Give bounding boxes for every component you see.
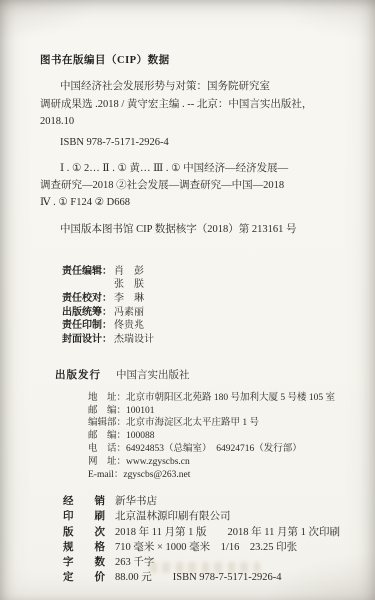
printing-value: 新华书店 [115, 496, 157, 507]
staff-value: 杰瑞设计 [114, 334, 154, 345]
detail-value: 北京市海淀区北太平庄路甲 1 号 [126, 418, 259, 428]
detail-row: 电 话：64924853（总编室） 64924716（发行部） [88, 443, 349, 456]
copyright-page: 图书在版编目（CIP）数据 中国经济社会发展形势与对策：国务院研究室 调研成果选… [0, 0, 375, 600]
printing-value: 263 千字 [115, 557, 154, 568]
detail-label: 地 址： [88, 392, 126, 405]
printing-value: 710 毫米 × 1000 毫米 1/16 23.25 印张 [115, 542, 297, 553]
faint-print-artifact [150, 562, 260, 573]
staff-value: 张 朕 [114, 279, 144, 290]
staff-value: 佟贵兆 [114, 320, 144, 331]
detail-label: 邮 编： [88, 405, 126, 418]
detail-label: 网 址： [88, 456, 126, 469]
cip-registry-number: 中国版本图书馆 CIP 数据核字（2018）第 213161 号 [40, 221, 349, 238]
printing-label: 版 次 [63, 525, 109, 540]
cip-class-line1: Ⅰ . ① 2… Ⅱ . ① 黄… Ⅲ . ① 中国经济—经济发展— [40, 160, 349, 177]
detail-label: E-mail： [88, 469, 123, 482]
printing-label: 印 刷 [63, 509, 109, 524]
staff-value: 肖 彭 [114, 266, 144, 277]
printing-row: 印 刷北京温林源印刷有限公司 [63, 509, 349, 524]
publisher-name: 中国言实出版社 [116, 370, 190, 381]
cip-title-line2: 调研成果选 .2018 / 黄守宏主编 . -- 北京：中国言实出版社， [40, 96, 349, 113]
detail-row: 邮 编：100101 [88, 405, 349, 418]
isbn-line: ISBN 978-7-5171-2926-4 [40, 134, 349, 151]
cip-title-line3: 2018.10 [40, 113, 349, 130]
detail-row: 地 址：北京市朝阳区北苑路 180 号加利大厦 5 号楼 105 室 [88, 392, 349, 405]
staff-credits: 责任编辑：肖 彭 张 朕 责任校对：李 琳 出版统筹：冯素丽 责任印制：佟贵兆 … [62, 265, 349, 347]
staff-value: 冯素丽 [114, 307, 144, 318]
detail-value: 100088 [126, 431, 155, 441]
staff-row: 张 朕 [62, 278, 349, 292]
printing-value: 北京温林源印刷有限公司 [115, 511, 231, 522]
printing-row: 规 格710 毫米 × 1000 毫米 1/16 23.25 印张 [63, 540, 349, 555]
detail-row: 邮 编：100088 [88, 430, 349, 443]
staff-label: 封面设计： [62, 333, 114, 347]
printing-label: 字 数 [63, 555, 109, 570]
staff-label: 责任校对： [62, 292, 114, 306]
detail-row: E-mail：zgyscbs@263.net [88, 469, 349, 482]
publisher-row: 出版发行中国言实出版社 [55, 367, 349, 384]
staff-label: 责任编辑： [62, 265, 114, 279]
detail-label: 电 话： [88, 443, 126, 456]
publisher-details: 地 址：北京市朝阳区北苑路 180 号加利大厦 5 号楼 105 室 邮 编：1… [88, 392, 349, 482]
cip-heading: 图书在版编目（CIP）数据 [40, 52, 349, 69]
staff-row: 责任校对：李 琳 [62, 292, 349, 306]
printing-label: 经 销 [63, 494, 109, 509]
cip-record: 中国经济社会发展形势与对策：国务院研究室 调研成果选 .2018 / 黄守宏主编… [40, 78, 349, 130]
staff-row: 出版统筹：冯素丽 [62, 306, 349, 320]
detail-value: zgyscbs@263.net [123, 470, 190, 480]
cip-title-line1: 中国经济社会发展形势与对策：国务院研究室 [40, 78, 349, 95]
staff-label: 出版统筹： [62, 306, 114, 320]
staff-label: 责任印制： [62, 319, 114, 333]
printing-row: 版 次2018 年 11 月第 1 版 2018 年 11 月第 1 次印刷 [63, 525, 349, 540]
detail-value: 64924853（总编室） 64924716（发行部） [126, 444, 302, 454]
detail-value: 北京市朝阳区北苑路 180 号加利大厦 5 号楼 105 室 [126, 393, 335, 403]
printing-value: 88.00 元 ISBN 978-7-5171-2926-4 [115, 572, 282, 583]
staff-row: 责任编辑：肖 彭 [62, 265, 349, 279]
detail-row: 网 址：www.zgyscbs.cn [88, 456, 349, 469]
publisher-label: 出版发行 [55, 367, 107, 384]
detail-label: 编辑部： [88, 417, 126, 430]
cip-class-line3: Ⅳ . ① F124 ② D668 [40, 194, 349, 211]
printing-row: 经 销新华书店 [63, 494, 349, 509]
printing-label: 定 价 [63, 570, 109, 585]
staff-value: 李 琳 [114, 293, 144, 304]
staff-row: 封面设计：杰瑞设计 [62, 333, 349, 347]
cip-classification: Ⅰ . ① 2… Ⅱ . ① 黄… Ⅲ . ① 中国经济—经济发展— 调查研究—… [40, 160, 349, 212]
detail-row: 编辑部：北京市海淀区北太平庄路甲 1 号 [88, 417, 349, 430]
detail-label: 邮 编： [88, 430, 126, 443]
detail-value: 100101 [126, 406, 155, 416]
printing-label: 规 格 [63, 540, 109, 555]
printing-value: 2018 年 11 月第 1 版 2018 年 11 月第 1 次印刷 [115, 527, 340, 538]
staff-row: 责任印制：佟贵兆 [62, 319, 349, 333]
cip-class-line2: 调查研究—2018 ②社会发展—调查研究—中国—2018 [40, 177, 349, 194]
detail-value: www.zgyscbs.cn [126, 457, 190, 467]
